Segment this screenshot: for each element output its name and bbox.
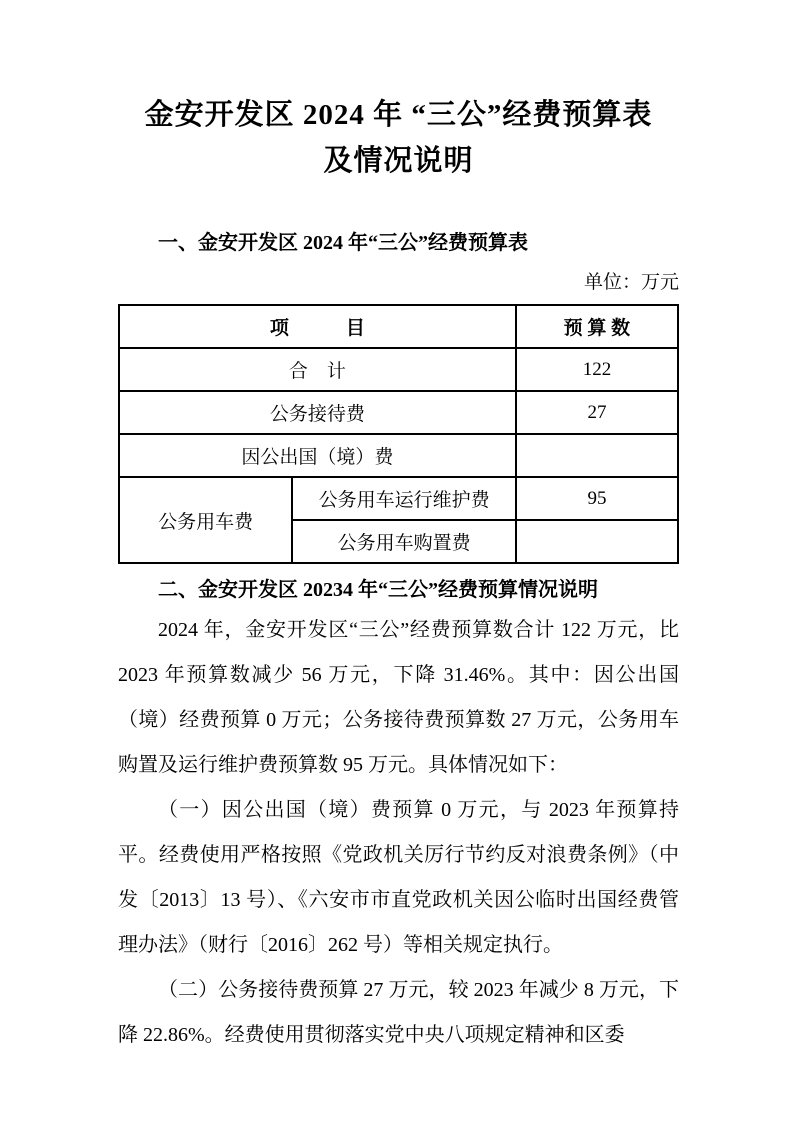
table-row-vehicle-maintenance: 公务用车费 公务用车运行维护费 95 — [119, 477, 678, 520]
row-value-vehicle-purchase — [516, 520, 678, 563]
unit-label: 单位：万元 — [118, 270, 679, 296]
table-row-total: 合 计 122 — [119, 348, 678, 391]
row-label-reception: 公务接待费 — [119, 391, 516, 434]
document-title-line1: 金安开发区 2024 年 “三公”经费预算表 — [118, 92, 679, 138]
row-label-vehicle-group: 公务用车费 — [119, 477, 292, 563]
column-header-budget: 预 算 数 — [516, 305, 678, 348]
row-label-vehicle-purchase: 公务用车购置费 — [292, 520, 516, 563]
budget-table: 项 目 预 算 数 合 计 122 公务接待费 27 因公出国（境）费 公务用车… — [118, 304, 679, 564]
paragraph-reception-expense: （二）公务接待费预算 27 万元，较 2023 年减少 8 万元，下降 22.8… — [118, 968, 679, 1058]
paragraph-abroad-expense: （一）因公出国（境）费预算 0 万元，与 2023 年预算持平。经费使用严格按照… — [118, 788, 679, 968]
document-content: 金安开发区 2024 年 “三公”经费预算表 及情况说明 一、金安开发区 202… — [0, 0, 793, 1058]
document-page: 金安开发区 2024 年 “三公”经费预算表 及情况说明 一、金安开发区 202… — [0, 0, 793, 1122]
section2-body: 2024 年，金安开发区“三公”经费预算数合计 122 万元，比 2023 年预… — [118, 608, 679, 1058]
row-value-vehicle-maintenance: 95 — [516, 477, 678, 520]
section1-heading: 一、金安开发区 2024 年“三公”经费预算表 — [118, 228, 679, 258]
document-title-line2: 及情况说明 — [118, 138, 679, 184]
row-label-abroad: 因公出国（境）费 — [119, 434, 516, 477]
paragraph-overview: 2024 年，金安开发区“三公”经费预算数合计 122 万元，比 2023 年预… — [118, 608, 679, 788]
section2-heading: 二、金安开发区 20234 年“三公”经费预算情况说明 — [118, 575, 679, 605]
table-row-abroad: 因公出国（境）费 — [119, 434, 678, 477]
table-row-reception: 公务接待费 27 — [119, 391, 678, 434]
row-label-vehicle-maintenance: 公务用车运行维护费 — [292, 477, 516, 520]
table-header-row: 项 目 预 算 数 — [119, 305, 678, 348]
document-title: 金安开发区 2024 年 “三公”经费预算表 及情况说明 — [118, 92, 679, 184]
row-value-abroad — [516, 434, 678, 477]
row-value-total: 122 — [516, 348, 678, 391]
row-value-reception: 27 — [516, 391, 678, 434]
row-label-total: 合 计 — [119, 348, 516, 391]
column-header-item: 项 目 — [119, 305, 516, 348]
